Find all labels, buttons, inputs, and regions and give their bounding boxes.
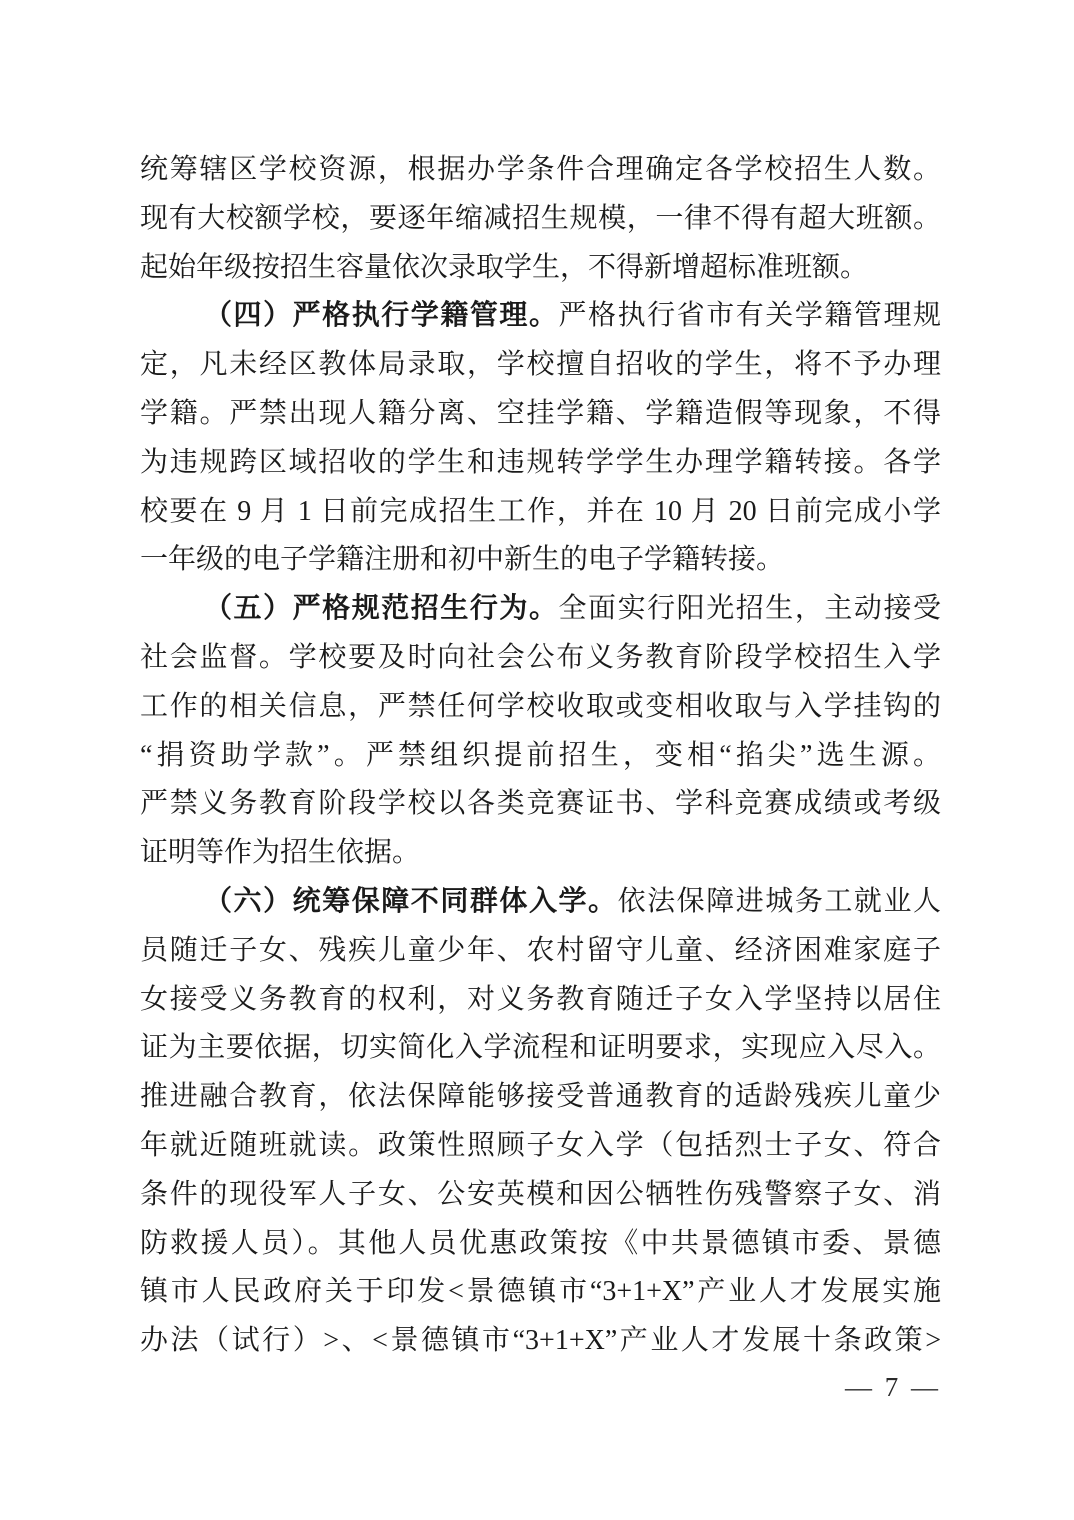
line-text: 镇市人民政府关于印发<景德镇市“3+1+X”产业人才发展实施 [140,1276,941,1307]
paragraph: （五）严格规范招生行为。全面实行阳光招生，主动接受社会监督。学校要及时向社会公布… [140,585,941,878]
line-text: 员随迁子女、残疾儿童少年、农村留守儿童、经济困难家庭子 [140,935,941,966]
text-line: 女接受义务教育的权利，对义务教育随迁子女入学坚持以居住 [140,976,941,1025]
text-line: “捐资助学款”。严禁组织提前招生，变相“掐尖”选生源。 [140,732,941,781]
paragraph-heading: （六）统筹保障不同群体入学。 [204,886,618,917]
paragraph: （六）统筹保障不同群体入学。依法保障进城务工就业人员随迁子女、残疾儿童少年、农村… [140,878,941,1366]
line-text: 现有大校额学校，要逐年缩减招生规模，一律不得有超大班额。 [140,203,941,234]
line-text: 工作的相关信息，严禁任何学校收取或变相收取与入学挂钩的 [140,691,941,722]
line-text: 证为主要依据，切实简化入学流程和证明要求，实现应入尽入。 [140,1032,941,1063]
text-line: 起始年级按招生容量依次录取学生，不得新增超标准班额。 [140,244,941,293]
text-line: 为违规跨区域招收的学生和违规转学学生办理学籍转接。各学 [140,439,941,488]
text-line: 推进融合教育，依法保障能够接受普通教育的适龄残疾儿童少 [140,1073,941,1122]
text-line: 办法（试行）>、<景德镇市“3+1+X”产业人才发展十条政策> [140,1317,941,1366]
line-text: “捐资助学款”。严禁组织提前招生，变相“掐尖”选生源。 [140,740,941,771]
text-line: 镇市人民政府关于印发<景德镇市“3+1+X”产业人才发展实施 [140,1268,941,1317]
text-line: （五）严格规范招生行为。全面实行阳光招生，主动接受 [140,585,941,634]
text-line: （六）统筹保障不同群体入学。依法保障进城务工就业人 [140,878,941,927]
page-number: — 7 — [845,1372,941,1403]
line-text: 统筹辖区学校资源，根据办学条件合理确定各学校招生人数。 [140,154,941,185]
paragraph-heading: （四）严格执行学籍管理。 [204,300,559,331]
text-line: 定，凡未经区教体局录取，学校擅自招收的学生，将不予办理 [140,341,941,390]
document-body: 统筹辖区学校资源，根据办学条件合理确定各学校招生人数。现有大校额学校，要逐年缩减… [140,146,941,1366]
line-text: 全面实行阳光招生，主动接受 [559,593,942,624]
line-text: 学籍。严禁出现人籍分离、空挂学籍、学籍造假等现象，不得 [140,398,941,429]
document-page: 统筹辖区学校资源，根据办学条件合理确定各学校招生人数。现有大校额学校，要逐年缩减… [0,0,1074,1520]
line-text: 一年级的电子学籍注册和初中新生的电子学籍转接。 [140,544,784,575]
line-text: 起始年级按招生容量依次录取学生，不得新增超标准班额。 [140,252,868,283]
line-text: 证明等作为招生依据。 [140,837,420,868]
text-line: （四）严格执行学籍管理。严格执行省市有关学籍管理规 [140,292,941,341]
text-line: 一年级的电子学籍注册和初中新生的电子学籍转接。 [140,536,941,585]
text-line: 学籍。严禁出现人籍分离、空挂学籍、学籍造假等现象，不得 [140,390,941,439]
paragraph: （四）严格执行学籍管理。严格执行省市有关学籍管理规定，凡未经区教体局录取，学校擅… [140,292,941,585]
text-line: 员随迁子女、残疾儿童少年、农村留守儿童、经济困难家庭子 [140,927,941,976]
line-text: 严禁义务教育阶段学校以各类竞赛证书、学科竞赛成绩或考级 [140,788,941,819]
line-text: 社会监督。学校要及时向社会公布义务教育阶段学校招生入学 [140,642,941,673]
line-text: 办法（试行）>、<景德镇市“3+1+X”产业人才发展十条政策> [140,1325,941,1356]
text-line: 防救援人员）。其他人员优惠政策按《中共景德镇市委、景德 [140,1220,941,1269]
line-text: 推进融合教育，依法保障能够接受普通教育的适龄残疾儿童少 [140,1081,941,1112]
paragraph-heading: （五）严格规范招生行为。 [204,593,559,624]
line-text: 为违规跨区域招收的学生和违规转学学生办理学籍转接。各学 [140,447,941,478]
text-line: 工作的相关信息，严禁任何学校收取或变相收取与入学挂钩的 [140,683,941,732]
line-text: 条件的现役军人子女、公安英模和因公牺牲伤残警察子女、消 [140,1179,941,1210]
text-line: 条件的现役军人子女、公安英模和因公牺牲伤残警察子女、消 [140,1171,941,1220]
line-text: 依法保障进城务工就业人 [618,886,941,917]
page-number-label: — 7 — [845,1372,941,1402]
line-text: 年就近随班就读。政策性照顾子女入学（包括烈士子女、符合 [140,1130,941,1161]
paragraph: 统筹辖区学校资源，根据办学条件合理确定各学校招生人数。现有大校额学校，要逐年缩减… [140,146,941,292]
text-line: 现有大校额学校，要逐年缩减招生规模，一律不得有超大班额。 [140,195,941,244]
line-text: 防救援人员）。其他人员优惠政策按《中共景德镇市委、景德 [140,1228,941,1259]
text-line: 证明等作为招生依据。 [140,829,941,878]
line-text: 女接受义务教育的权利，对义务教育随迁子女入学坚持以居住 [140,984,941,1015]
line-text: 校要在 9 月 1 日前完成招生工作，并在 10 月 20 日前完成小学 [140,496,941,527]
text-line: 校要在 9 月 1 日前完成招生工作，并在 10 月 20 日前完成小学 [140,488,941,537]
text-line: 年就近随班就读。政策性照顾子女入学（包括烈士子女、符合 [140,1122,941,1171]
line-text: 严格执行省市有关学籍管理规 [559,300,942,331]
text-line: 统筹辖区学校资源，根据办学条件合理确定各学校招生人数。 [140,146,941,195]
text-line: 社会监督。学校要及时向社会公布义务教育阶段学校招生入学 [140,634,941,683]
text-line: 严禁义务教育阶段学校以各类竞赛证书、学科竞赛成绩或考级 [140,780,941,829]
line-text: 定，凡未经区教体局录取，学校擅自招收的学生，将不予办理 [140,349,941,380]
text-line: 证为主要依据，切实简化入学流程和证明要求，实现应入尽入。 [140,1024,941,1073]
